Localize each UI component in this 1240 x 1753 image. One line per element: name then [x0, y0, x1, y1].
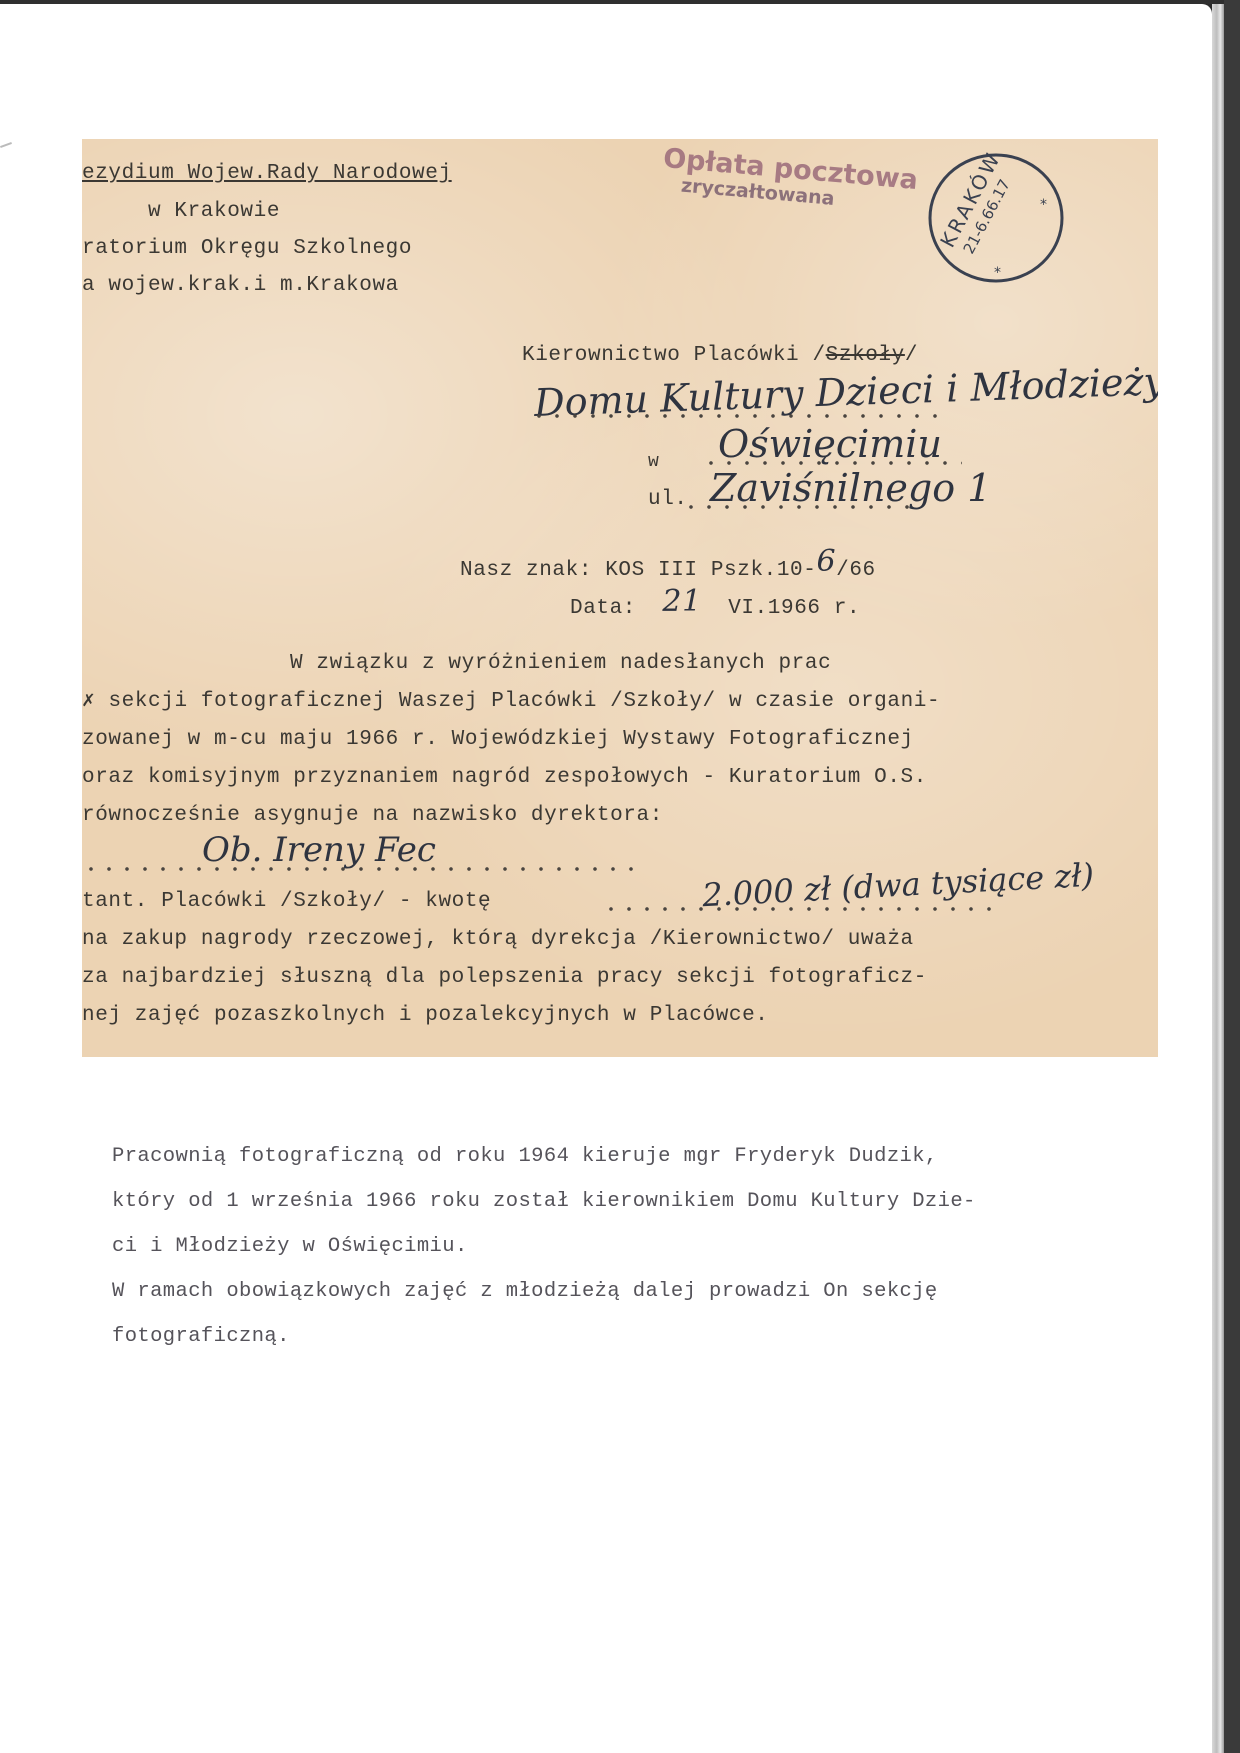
recipient-label: Kierownictwo Placówki /Szkoły/ — [522, 345, 918, 366]
caption-line-3: ci i Młodzieży w Oświęcimiu. — [112, 1224, 1132, 1269]
handwritten-director-name: Ob. Ireny Fec — [202, 833, 436, 867]
caption-line-4: W ramach obowiązkowych zajęć z młodzieżą… — [112, 1269, 1132, 1314]
dotted-line — [682, 505, 922, 509]
scan-right-border — [1224, 0, 1240, 1753]
sender-line-3: ratorium Okręgu Szkolnego — [82, 238, 412, 259]
handwritten-institution: Domu Kultury Dzieci i Młodzieży — [534, 362, 1158, 422]
dotted-line — [702, 461, 962, 465]
caption-line-1: Pracownią fotograficzną od roku 1964 kie… — [112, 1134, 1132, 1179]
body-line-7: na zakup nagrody rzeczowej, którą dyrekc… — [82, 929, 914, 950]
handwritten-amount: 2.000 zł (dwa tysiące zł) — [701, 859, 1094, 911]
dotted-line — [82, 867, 642, 871]
sender-line-2: w Krakowie — [148, 201, 280, 222]
caption-line-5: fotograficzną. — [112, 1314, 1132, 1359]
body-line-4: oraz komisyjnym przyznaniem nagród zespo… — [82, 767, 927, 788]
svg-text:*: * — [1040, 197, 1047, 213]
w-label: w — [648, 453, 659, 471]
body-line-6: tant. Placówki /Szkoły/ - kwotę — [82, 891, 491, 912]
handwritten-street: Zaviśnilnego 1 — [710, 469, 991, 507]
dotted-line — [530, 414, 950, 418]
caption-paragraph: Pracownią fotograficzną od roku 1964 kie… — [112, 1134, 1132, 1359]
body-line-1: W związku z wyróżnieniem nadesłanych pra… — [290, 653, 831, 674]
sender-line-4: a wojew.krak.i m.Krakowa — [82, 275, 399, 296]
body-line-9: nej zajęć pozaszkolnych i pozalekcyjnych… — [82, 1005, 769, 1026]
handwritten-city: Oświęcimiu — [718, 425, 942, 463]
letter-scan: ezydium Wojew.Rady Narodowej w Krakowie … — [82, 139, 1158, 1057]
letter-date: Data: 21 VI.1966 r. — [570, 589, 860, 619]
body-line-5: równocześnie asygnuje na nazwisko dyrekt… — [82, 805, 663, 826]
caption-line-2: który od 1 września 1966 roku został kie… — [112, 1179, 1132, 1224]
struck-school: Szkoły — [826, 344, 905, 367]
svg-text:*: * — [994, 265, 1001, 281]
body-line-2: ✗ sekcji fotograficznej Waszej Placówki … — [82, 691, 940, 712]
postmark-icon: KRAKÓW 1 21-6.66.17 * * — [924, 149, 1068, 287]
page-edge — [1212, 4, 1224, 1753]
postage-paid-stamp: Opłata pocztowa zryczałtowana — [660, 144, 919, 217]
body-line-8: za najbardziej słuszną dla polepszenia p… — [82, 967, 927, 988]
page-mark — [0, 142, 12, 148]
reference-number: Nasz znak: KOS III Pszk.10-6/66 — [460, 551, 876, 581]
document-page: ezydium Wojew.Rady Narodowej w Krakowie … — [0, 4, 1212, 1753]
body-line-3: zowanej w m-cu maju 1966 r. Wojewódzkiej… — [82, 729, 914, 750]
sender-line-1: ezydium Wojew.Rady Narodowej — [82, 163, 452, 184]
